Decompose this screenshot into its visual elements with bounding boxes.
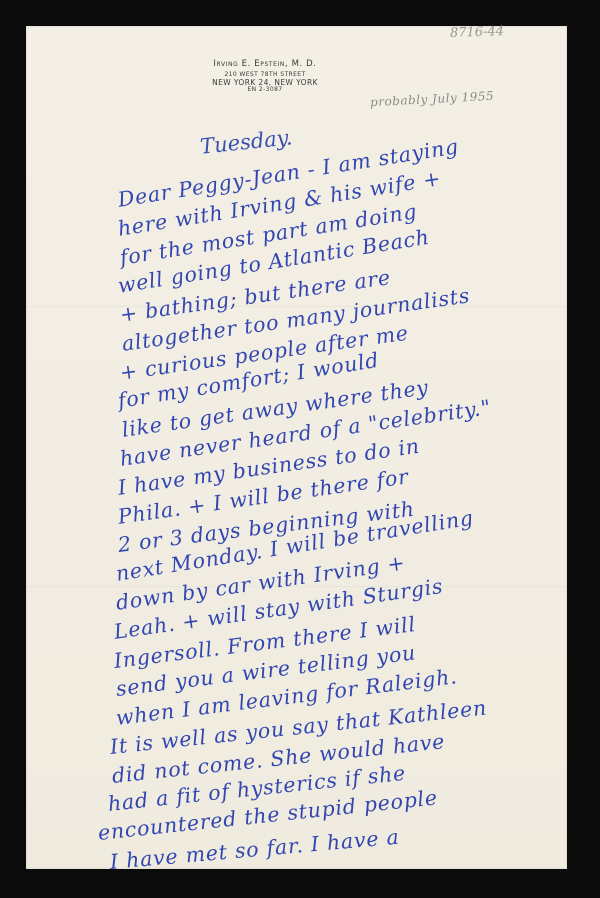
letterhead-name: Irving E. Epstein, M. D. <box>170 60 360 70</box>
letterhead-phone: EN 2-3087 <box>170 87 360 94</box>
letter-page <box>26 26 567 869</box>
letterhead: Irving E. Epstein, M. D. 210 WEST 78TH S… <box>170 60 360 94</box>
archive-number: 8716-44 <box>450 24 505 41</box>
